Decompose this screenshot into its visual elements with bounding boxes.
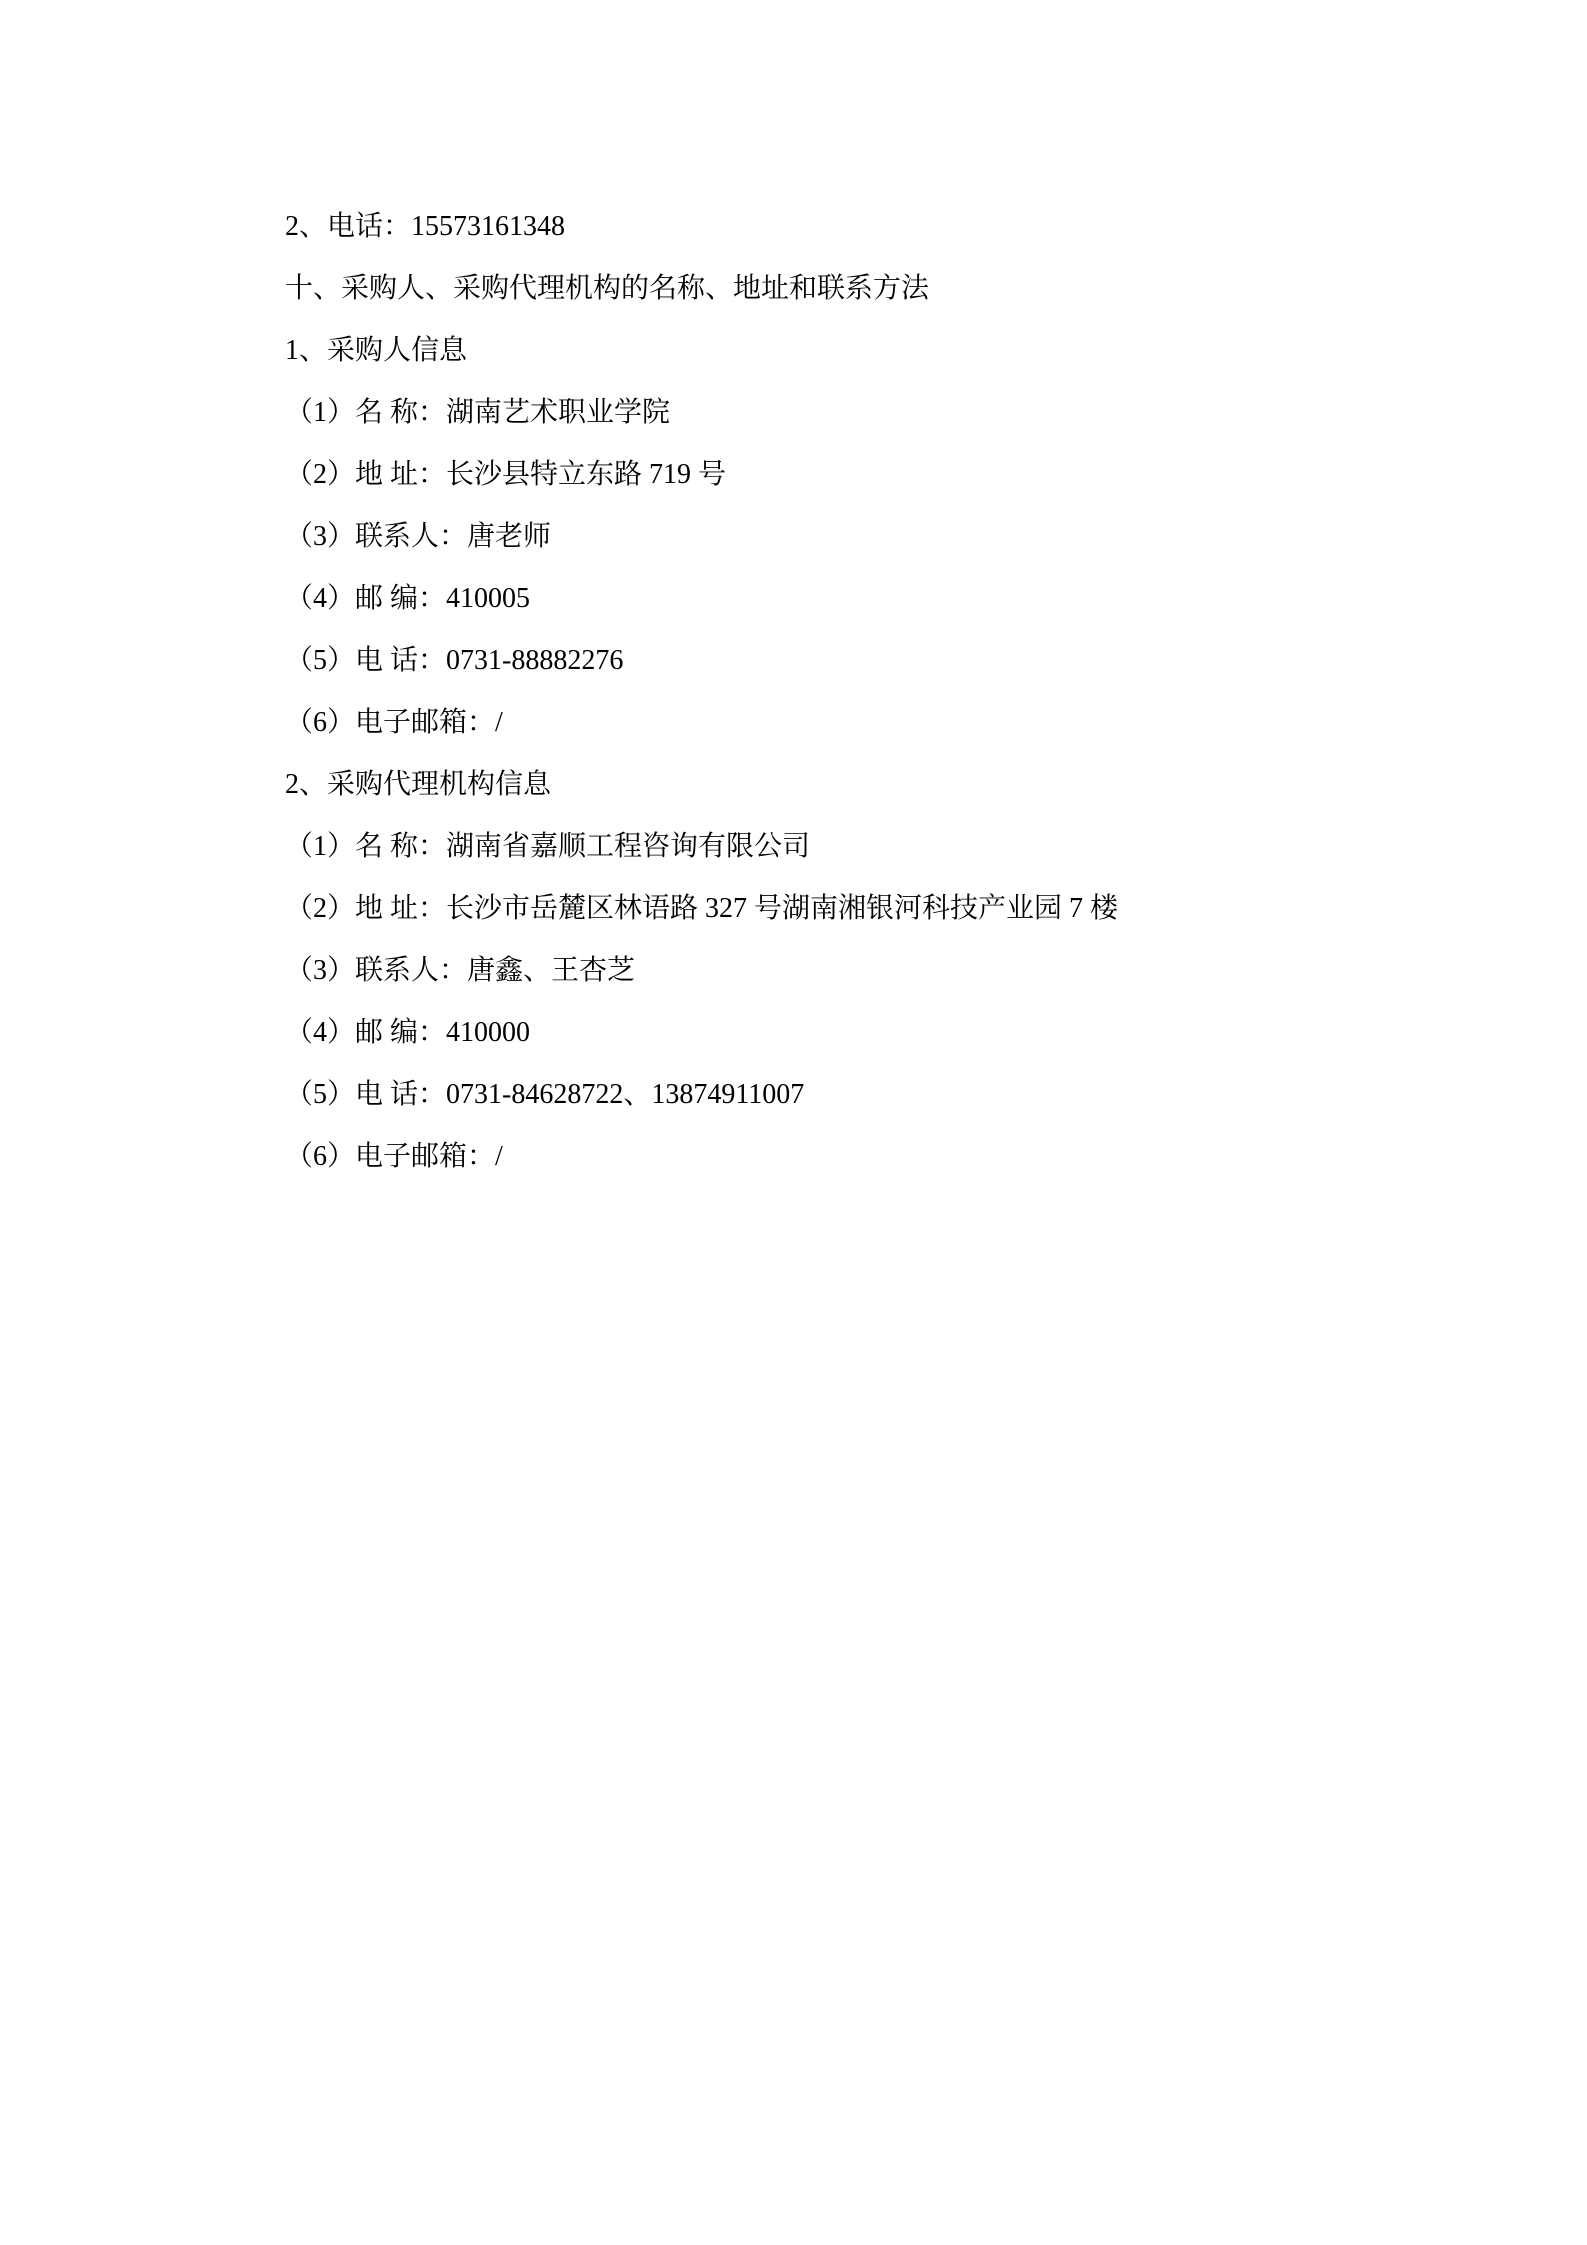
buyer-email-line: （6）电子邮箱：/ xyxy=(285,692,1507,754)
agency-email-line: （6）电子邮箱：/ xyxy=(285,1126,1507,1188)
section-heading: 十、采购人、采购代理机构的名称、地址和联系方法 xyxy=(285,258,1507,320)
agency-name-line: （1）名 称：湖南省嘉顺工程咨询有限公司 xyxy=(285,816,1507,878)
agency-postcode-line: （4）邮 编：410000 xyxy=(285,1002,1507,1064)
buyer-name-line: （1）名 称：湖南艺术职业学院 xyxy=(285,382,1507,444)
contact-phone-line: 2、电话：15573161348 xyxy=(285,196,1507,258)
document-page: 2、电话：15573161348 十、采购人、采购代理机构的名称、地址和联系方法… xyxy=(0,0,1587,2245)
agency-address-line: （2）地 址：长沙市岳麓区林语路 327 号湖南湘银河科技产业园 7 楼 xyxy=(285,878,1507,940)
buyer-postcode-line: （4）邮 编：410005 xyxy=(285,568,1507,630)
agency-contact-line: （3）联系人：唐鑫、王杏芝 xyxy=(285,940,1507,1002)
buyer-info-heading: 1、采购人信息 xyxy=(285,320,1507,382)
agency-phone-line: （5）电 话：0731-84628722、13874911007 xyxy=(285,1064,1507,1126)
buyer-phone-line: （5）电 话：0731-88882276 xyxy=(285,630,1507,692)
buyer-address-line: （2）地 址：长沙县特立东路 719 号 xyxy=(285,444,1507,506)
agency-info-heading: 2、采购代理机构信息 xyxy=(285,754,1507,816)
buyer-contact-line: （3）联系人：唐老师 xyxy=(285,506,1507,568)
document-content: 2、电话：15573161348 十、采购人、采购代理机构的名称、地址和联系方法… xyxy=(285,196,1507,1188)
